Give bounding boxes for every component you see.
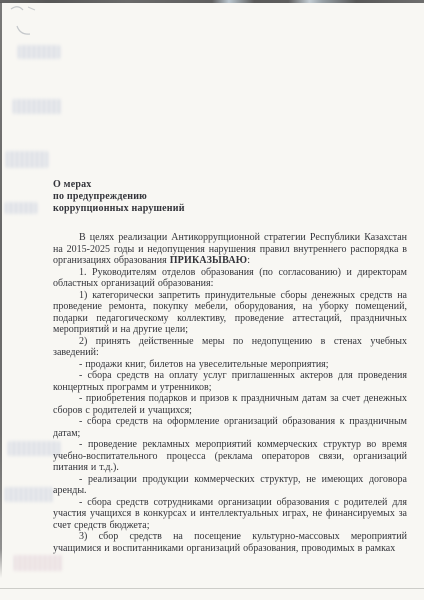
paragraph: 1. Руководителям отделов образования (по… [53,267,407,290]
paragraph: - приобретения подарков и призов к празд… [53,393,407,416]
paragraph: - сбора средств на оплату услуг приглаше… [53,370,407,393]
intro-colon: : [247,255,250,266]
title-line: по предупреждению [53,191,407,203]
document-body: В целях реализации Антикоррупционной стр… [53,232,407,554]
stamp-bleed-mark [5,202,37,214]
stamp-bleed-mark [18,45,60,59]
scan-edge-left [0,2,2,578]
paragraph: 1) категорически запретить принудительны… [53,290,407,336]
scan-bottom-line [0,588,424,589]
stamp-bleed-mark [14,555,62,571]
paragraph: - проведение рекламных мероприятий комме… [53,439,407,474]
title-line: коррупционных нарушений [53,203,407,215]
paragraph: 3) сбор средств на посещение культурно-м… [53,531,407,554]
order-keyword: ПРИКАЗЫВАЮ [170,255,248,266]
stamp-bleed-mark [13,99,61,114]
scan-edge-top [0,0,424,3]
paragraph: 2) принять действенные меры по недопущен… [53,336,407,359]
pencil-mark [5,2,41,40]
paragraph: - продажи книг, билетов на увеселительны… [53,359,407,371]
document-content: О мерах по предупреждению коррупционных … [53,179,407,554]
document-title: О мерах по предупреждению коррупционных … [53,179,407,215]
stamp-bleed-mark [6,151,48,168]
paragraph-intro: В целях реализации Антикоррупционной стр… [53,232,407,267]
paragraph: - сбора средств сотрудниками организации… [53,497,407,532]
title-line: О мерах [53,179,407,191]
paragraph: - сбора средств на оформление организаци… [53,416,407,439]
stamp-bleed-mark [5,487,53,502]
paragraph: - реализации продукции коммерческих стру… [53,474,407,497]
scanned-document-page: О мерах по предупреждению коррупционных … [0,0,424,600]
